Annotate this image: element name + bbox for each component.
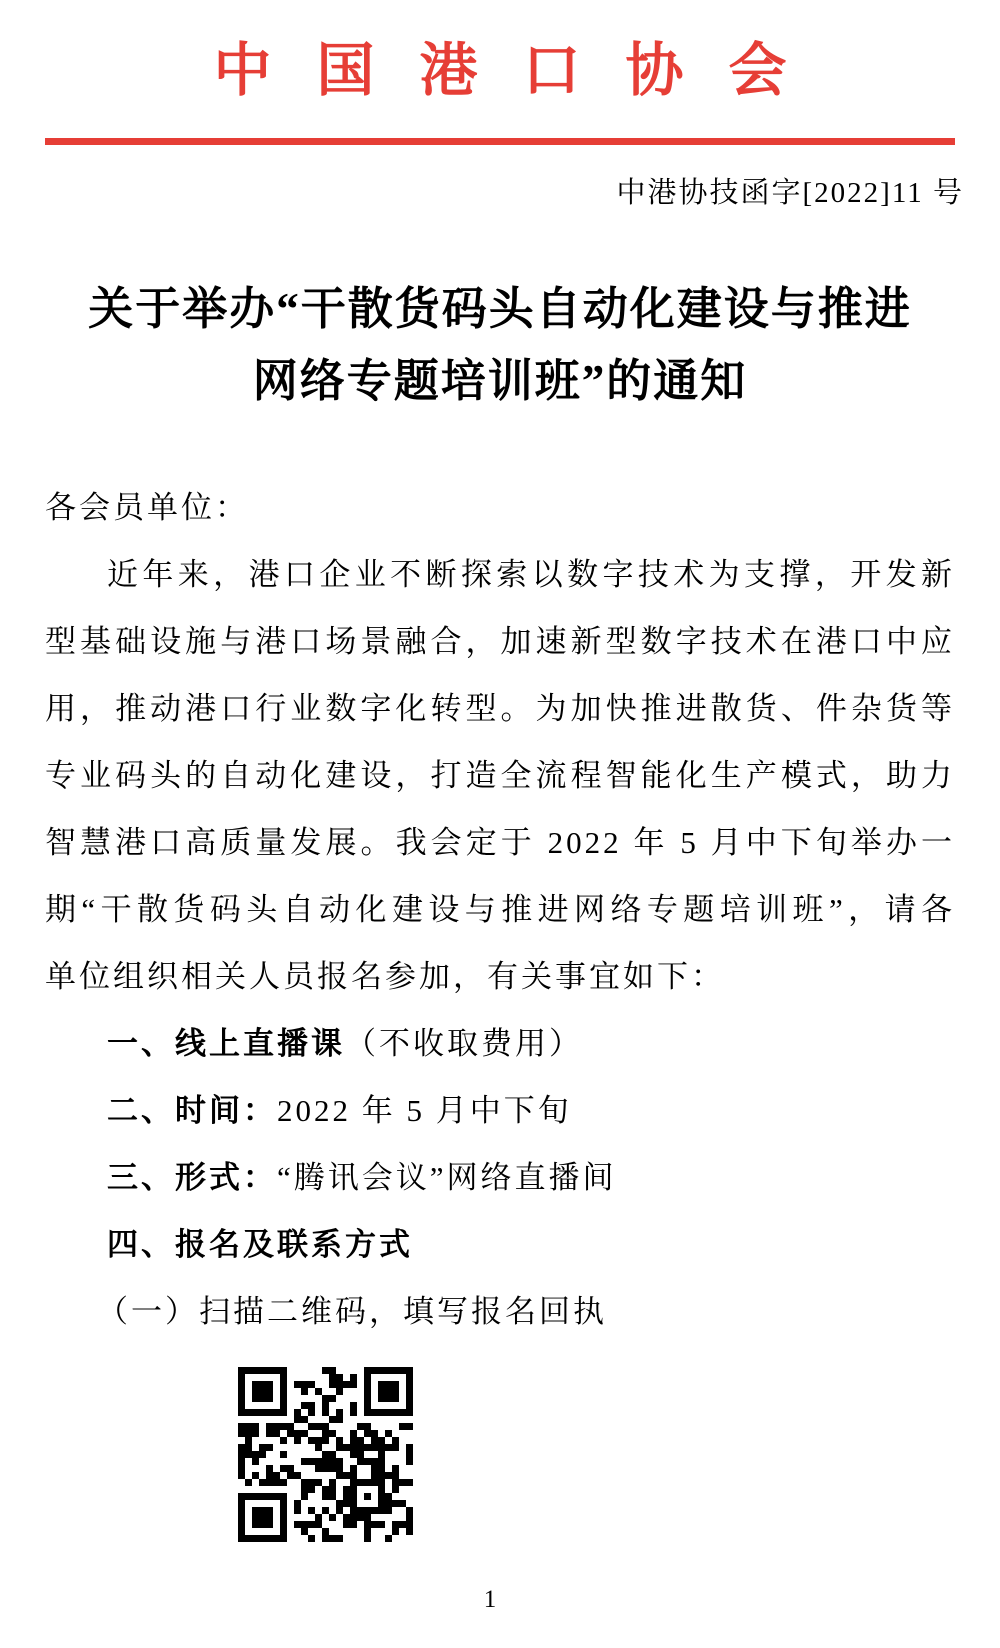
list-item-1: 一、线上直播课（不收取费用） [45, 1010, 955, 1077]
body-line: 期“干散货码头自动化建设与推进网络专题培训班”，请各 [45, 876, 955, 943]
sub-item-scan-qr: （一）扫描二维码，填写报名回执 [45, 1278, 955, 1345]
list-item-3-text: “腾讯会议”网络直播间 [277, 1160, 617, 1195]
salutation: 各会员单位： [45, 474, 955, 541]
body-line: 智慧港口高质量发展。我会定于 2022 年 5 月中下旬举办一 [45, 809, 955, 876]
body-line: 单位组织相关人员报名参加，有关事宜如下： [45, 943, 955, 1010]
letterhead-divider [45, 138, 955, 145]
body-line: 型基础设施与港口场景融合，加速新型数字技术在港口中应 [45, 608, 955, 675]
list-item-2-text: 2022 年 5 月中下旬 [277, 1093, 572, 1128]
document-number: 中港协技函字[2022]11 号 [0, 171, 1000, 215]
list-item-2-heading: 二、时间： [107, 1093, 277, 1128]
registration-qr-code [238, 1367, 413, 1542]
body-line: 近年来，港口企业不断探索以数字技术为支撑，开发新 [45, 541, 955, 608]
body-line: 用，推动港口行业数字化转型。为加快推进散货、件杂货等 [45, 675, 955, 742]
list-item-4: 四、报名及联系方式 [45, 1211, 955, 1278]
page-number: 1 [0, 1582, 990, 1618]
notice-title-line1: 关于举办“干散货码头自动化建设与推进 [0, 273, 1000, 345]
organization-name: 中国港口协会 [0, 36, 1000, 106]
notice-title-line2: 网络专题培训班”的通知 [0, 345, 1000, 417]
list-item-3: 三、形式：“腾讯会议”网络直播间 [45, 1144, 955, 1211]
list-item-3-heading: 三、形式： [107, 1160, 277, 1195]
list-item-1-text: （不收取费用） [345, 1026, 583, 1061]
list-item-1-heading: 一、线上直播课 [107, 1026, 345, 1061]
list-item-4-heading: 四、报名及联系方式 [107, 1227, 413, 1262]
list-item-2: 二、时间：2022 年 5 月中下旬 [45, 1077, 955, 1144]
body-line: 专业码头的自动化建设，打造全流程智能化生产模式，助力 [45, 742, 955, 809]
notice-document: 中国港口协会 中港协技函字[2022]11 号 关于举办“干散货码头自动化建设与… [0, 0, 1000, 1648]
notice-title: 关于举办“干散货码头自动化建设与推进 网络专题培训班”的通知 [0, 273, 1000, 417]
notice-body: 各会员单位： 近年来，港口企业不断探索以数字技术为支撑，开发新 型基础设施与港口… [45, 474, 955, 1345]
